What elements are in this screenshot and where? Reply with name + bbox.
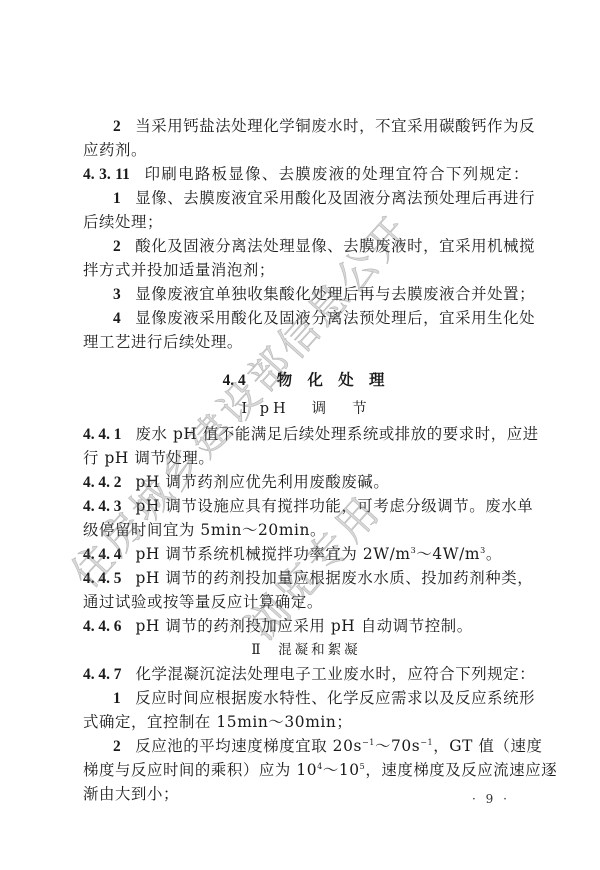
document-page: 2当采用钙盐法处理化学铜废水时，不宜采用碳酸钙作为反 应药剂。 4. 3. 11… bbox=[0, 0, 600, 870]
list-item: 2反应池的平均速度梯度宜取 20s−1～70s−1，GT 值（速度 bbox=[83, 734, 529, 758]
item-continuation: 后续处理； bbox=[83, 210, 529, 234]
item-text: 式确定，宜控制在 15min～30min； bbox=[83, 713, 352, 731]
item-continuation: 理工艺进行后续处理。 bbox=[83, 330, 529, 354]
section-heading: 4. 4 物 化 处 理 bbox=[83, 354, 529, 392]
item-text: 后续处理； bbox=[83, 213, 163, 231]
clause-text: 行 pH 调节处理。 bbox=[83, 449, 214, 467]
section-number: 4. 4 bbox=[223, 372, 246, 389]
item-text: 梯度与反应时间的乘积）应为 104～105，速度梯度及反应流速应逐 bbox=[83, 761, 557, 779]
list-item: 1反应时间应根据废水特性、化学反应需求以及反应系统形 bbox=[83, 686, 529, 710]
subsection-title-c: 节 bbox=[352, 401, 371, 417]
item-text: 反应时间应根据废水特性、化学反应需求以及反应系统形 bbox=[135, 689, 535, 707]
subsection-title: 混凝和絮凝 bbox=[278, 642, 361, 658]
subsection-roman: Ⅱ bbox=[251, 642, 263, 658]
clause-number: 4. 4. 3 bbox=[83, 498, 121, 515]
item-number: 3 bbox=[113, 283, 121, 307]
item-text: 显像废液宜单独收集酸化处理后再与去膜废液合并处置； bbox=[135, 285, 535, 303]
item-text: 显像、去膜废液宜采用酸化及固液分离法预处理后再进行 bbox=[135, 189, 535, 207]
subsection-heading: Ⅱ 混凝和絮凝 bbox=[83, 638, 529, 662]
list-item: 2当采用钙盐法处理化学铜废水时，不宜采用碳酸钙作为反 bbox=[83, 114, 529, 138]
item-number: 1 bbox=[113, 187, 121, 211]
item-continuation: 拌方式并投加适量消泡剂； bbox=[83, 258, 529, 282]
item-text: 反应池的平均速度梯度宜取 20s−1～70s−1，GT 值（速度 bbox=[135, 737, 542, 755]
item-continuation: 应药剂。 bbox=[83, 138, 529, 162]
clause-text: 化学混凝沉淀法处理电子工业废水时，应符合下列规定： bbox=[135, 665, 535, 683]
list-item: 1显像、去膜废液宜采用酸化及固液分离法预处理后再进行 bbox=[83, 186, 529, 210]
item-number: 1 bbox=[113, 687, 121, 711]
section-title: 物 化 处 理 bbox=[277, 371, 390, 389]
item-continuation: 式确定，宜控制在 15min～30min； bbox=[83, 710, 529, 734]
clause: 4. 4. 1废水 pH 值不能满足后续处理系统或排放的要求时，应进 bbox=[83, 422, 529, 446]
clause-text: pH 调节设施应具有搅拌功能，可考虑分级调节。废水单 bbox=[135, 497, 533, 515]
item-text: 当采用钙盐法处理化学铜废水时，不宜采用碳酸钙作为反 bbox=[135, 117, 535, 135]
clause: 4. 4. 4pH 调节系统机械搅拌功率宜为 2W/m3～4W/m3。 bbox=[83, 542, 529, 566]
subsection-heading: Ⅰ pH调节 bbox=[83, 392, 529, 422]
item-text: 渐由大到小； bbox=[83, 785, 179, 803]
clause-text: 级停留时间宜为 5min～20min。 bbox=[83, 521, 326, 539]
clause: 4. 4. 3pH 调节设施应具有搅拌功能，可考虑分级调节。废水单 bbox=[83, 494, 529, 518]
clause: 4. 4. 5pH 调节的药剂投加量应根据废水水质、投加药剂种类， bbox=[83, 566, 529, 590]
item-number: 2 bbox=[113, 235, 121, 259]
page-body: 2当采用钙盐法处理化学铜废水时，不宜采用碳酸钙作为反 应药剂。 4. 3. 11… bbox=[83, 114, 529, 806]
item-text: 拌方式并投加适量消泡剂； bbox=[83, 261, 275, 279]
clause-text: 印刷电路板显像、去膜废液的处理宜符合下列规定： bbox=[144, 165, 529, 183]
item-number: 4 bbox=[113, 307, 121, 331]
clause-text: 通过试验或按等量反应计算确定。 bbox=[83, 593, 323, 611]
clause: 4. 3. 11印刷电路板显像、去膜废液的处理宜符合下列规定： bbox=[83, 162, 529, 186]
clause: 4. 4. 7化学混凝沉淀法处理电子工业废水时，应符合下列规定： bbox=[83, 662, 529, 686]
clause-number: 4. 4. 1 bbox=[83, 426, 121, 443]
clause-text: pH 调节药剂应优先利用废酸废碱。 bbox=[135, 473, 389, 491]
clause-number: 4. 3. 11 bbox=[83, 166, 130, 183]
item-text: 理工艺进行后续处理。 bbox=[83, 333, 243, 351]
subsection-title-a: pH bbox=[260, 401, 290, 417]
clause-number: 4. 4. 2 bbox=[83, 474, 121, 491]
subsection-title-b: 调 bbox=[312, 401, 331, 417]
clause-number: 4. 4. 5 bbox=[83, 570, 121, 587]
clause-continuation: 行 pH 调节处理。 bbox=[83, 446, 529, 470]
item-text: 应药剂。 bbox=[83, 141, 147, 159]
clause-text: 废水 pH 值不能满足后续处理系统或排放的要求时，应进 bbox=[135, 425, 538, 443]
item-number: 2 bbox=[113, 115, 121, 139]
clause: 4. 4. 6pH 调节的药剂投加应采用 pH 自动调节控制。 bbox=[83, 614, 529, 638]
item-text: 酸化及固液分离法处理显像、去膜废液时，宜采用机械搅 bbox=[135, 237, 535, 255]
clause: 4. 4. 2pH 调节药剂应优先利用废酸废碱。 bbox=[83, 470, 529, 494]
list-item: 2酸化及固液分离法处理显像、去膜废液时，宜采用机械搅 bbox=[83, 234, 529, 258]
clause-number: 4. 4. 7 bbox=[83, 666, 121, 683]
clause-number: 4. 4. 4 bbox=[83, 546, 121, 563]
clause-text: pH 调节系统机械搅拌功率宜为 2W/m3～4W/m3。 bbox=[135, 545, 501, 563]
page-number: · 9 · bbox=[472, 792, 510, 806]
clause-continuation: 通过试验或按等量反应计算确定。 bbox=[83, 590, 529, 614]
item-continuation: 渐由大到小； bbox=[83, 782, 529, 806]
item-number: 2 bbox=[113, 735, 121, 759]
item-continuation: 梯度与反应时间的乘积）应为 104～105，速度梯度及反应流速应逐 bbox=[83, 758, 529, 782]
clause-text: pH 调节的药剂投加应采用 pH 自动调节控制。 bbox=[135, 617, 472, 635]
list-item: 4显像废液采用酸化及固液分离法预处理后，宜采用生化处 bbox=[83, 306, 529, 330]
list-item: 3显像废液宜单独收集酸化处理后再与去膜废液合并处置； bbox=[83, 282, 529, 306]
subsection-roman: Ⅰ bbox=[241, 401, 251, 417]
item-text: 显像废液采用酸化及固液分离法预处理后，宜采用生化处 bbox=[135, 309, 535, 327]
clause-number: 4. 4. 6 bbox=[83, 618, 121, 635]
clause-text: pH 调节的药剂投加量应根据废水水质、投加药剂种类， bbox=[135, 569, 533, 587]
clause-continuation: 级停留时间宜为 5min～20min。 bbox=[83, 518, 529, 542]
